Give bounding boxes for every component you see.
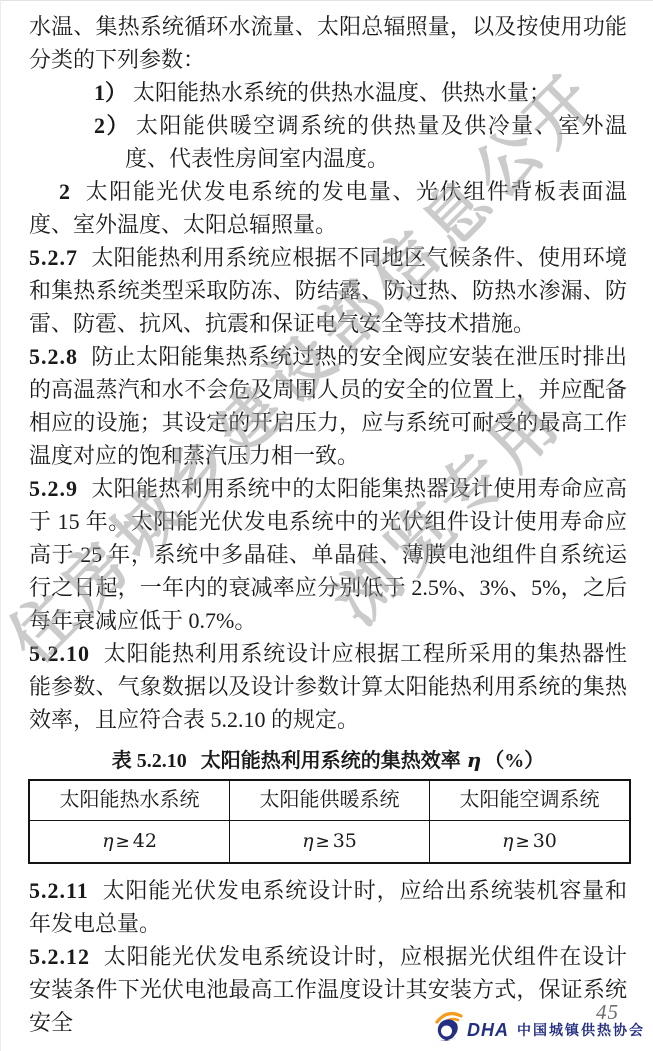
section-5-2-9: 5.2.9太阳能热利用系统中的太阳能集热器设计使用寿命应高于 15 年。太阳能光… [29,472,627,637]
list-item-1-text: 太阳能热水系统的供热水温度、供热水量； [133,80,551,105]
header-ac-system: 太阳能空调系统 [429,780,630,821]
efficiency-value: 30 [533,830,557,852]
efficiency-table: 太阳能热水系统 太阳能供暖系统 太阳能空调系统 η≥42 η≥35 η≥30 [28,779,631,864]
header-hot-water-system: 太阳能热水系统 [29,780,230,821]
eta-symbol: η [502,830,513,852]
efficiency-table-value-row: η≥42 η≥35 η≥30 [29,821,630,864]
section-5-2-11: 5.2.11太阳能光伏发电系统设计时，应给出系统装机容量和年发电总量。 [29,874,627,940]
section-5-2-7-text: 太阳能热利用系统应根据不同地区气候条件、使用环境和集热系统类型采取防冻、防结露、… [29,245,627,336]
efficiency-table-header-row: 太阳能热水系统 太阳能供暖系统 太阳能空调系统 [29,780,630,821]
section-5-2-9-text: 太阳能热利用系统中的太阳能集热器设计使用寿命应高于 15 年。太阳能光伏发电系统… [29,476,627,633]
paragraph-continuation: 水温、集热系统循环水流量、太阳总辐照量，以及按使用功能分类的下列参数： [29,10,627,76]
section-5-2-10: 5.2.10太阳能热利用系统设计应根据工程所采用的集热器性能参数、气象数据以及设… [29,637,627,736]
section-5-2-11-text: 太阳能光伏发电系统设计时，应给出系统装机容量和年发电总量。 [29,878,627,936]
gte-operator: ≥ [116,832,130,852]
section-5-2-8-text: 防止太阳能集热系统过热的安全阀应安装在泄压时排出的高温蒸汽和水不会危及周围人员的… [29,344,627,468]
gte-operator: ≥ [515,832,529,852]
page-number: 45 [596,1000,619,1025]
list-item-2-text: 太阳能供暖空调系统的供热量及供冷量、室外温度、代表性房间室内温度。 [125,113,627,171]
section-5-2-11-number: 5.2.11 [29,878,89,903]
table-caption: 表 5.2.10太阳能热利用系统的集热效率η（%） [29,745,627,776]
table-caption-unit: （%） [484,750,544,772]
section-5-2-12-number: 5.2.12 [29,944,90,969]
cdha-logo-acronym: DHA [467,1020,509,1041]
page-content: 水温、集热系统循环水流量、太阳总辐照量，以及按使用功能分类的下列参数： 1）太阳… [1,1,653,1039]
table-caption-symbol: η [467,748,482,772]
section-5-2-10-number: 5.2.10 [29,641,90,666]
cdha-logo-name: 中国城镇供热协会 [517,1020,645,1040]
value-ac-system: η≥30 [429,821,630,864]
section-5-2-10-text: 太阳能热利用系统设计应根据工程所采用的集热器性能参数、气象数据以及设计参数计算太… [29,641,627,732]
table-caption-text: 太阳能热利用系统的集热效率 [201,750,461,772]
document-page: 住房城乡建设部信息公开 浏览专用 水温、集热系统循环水流量、太阳总辐照量，以及按… [0,0,653,1051]
sub-item-2-text: 太阳能光伏发电系统的发电量、光伏组件背板表面温度、室外温度、太阳总辐照量。 [29,179,627,237]
eta-symbol: η [302,830,313,852]
list-item-1-number: 1） [94,80,127,105]
sub-item-2-number: 2 [59,179,70,204]
list-item-1: 1）太阳能热水系统的供热水温度、供热水量； [29,76,627,109]
sub-item-2: 2太阳能光伏发电系统的发电量、光伏组件背板表面温度、室外温度、太阳总辐照量。 [29,175,627,241]
efficiency-value: 35 [333,830,357,852]
section-5-2-7-number: 5.2.7 [29,245,78,270]
header-heating-system: 太阳能供暖系统 [230,780,430,821]
eta-symbol: η [102,830,113,852]
list-item-2-number: 2） [94,113,130,138]
cdha-logo-icon [427,1010,471,1044]
section-5-2-7: 5.2.7太阳能热利用系统应根据不同地区气候条件、使用环境和集热系统类型采取防冻… [29,241,627,340]
table-caption-label: 表 5.2.10 [112,750,187,772]
section-5-2-8: 5.2.8防止太阳能集热系统过热的安全阀应安装在泄压时排出的高温蒸汽和水不会危及… [29,340,627,472]
value-hot-water-system: η≥42 [29,821,230,864]
value-heating-system: η≥35 [230,821,430,864]
section-5-2-9-number: 5.2.9 [29,476,78,501]
efficiency-value: 42 [133,830,157,852]
gte-operator: ≥ [315,832,329,852]
section-5-2-8-number: 5.2.8 [29,344,78,369]
list-item-2: 2）太阳能供暖空调系统的供热量及供冷量、室外温度、代表性房间室内温度。 [29,109,627,175]
